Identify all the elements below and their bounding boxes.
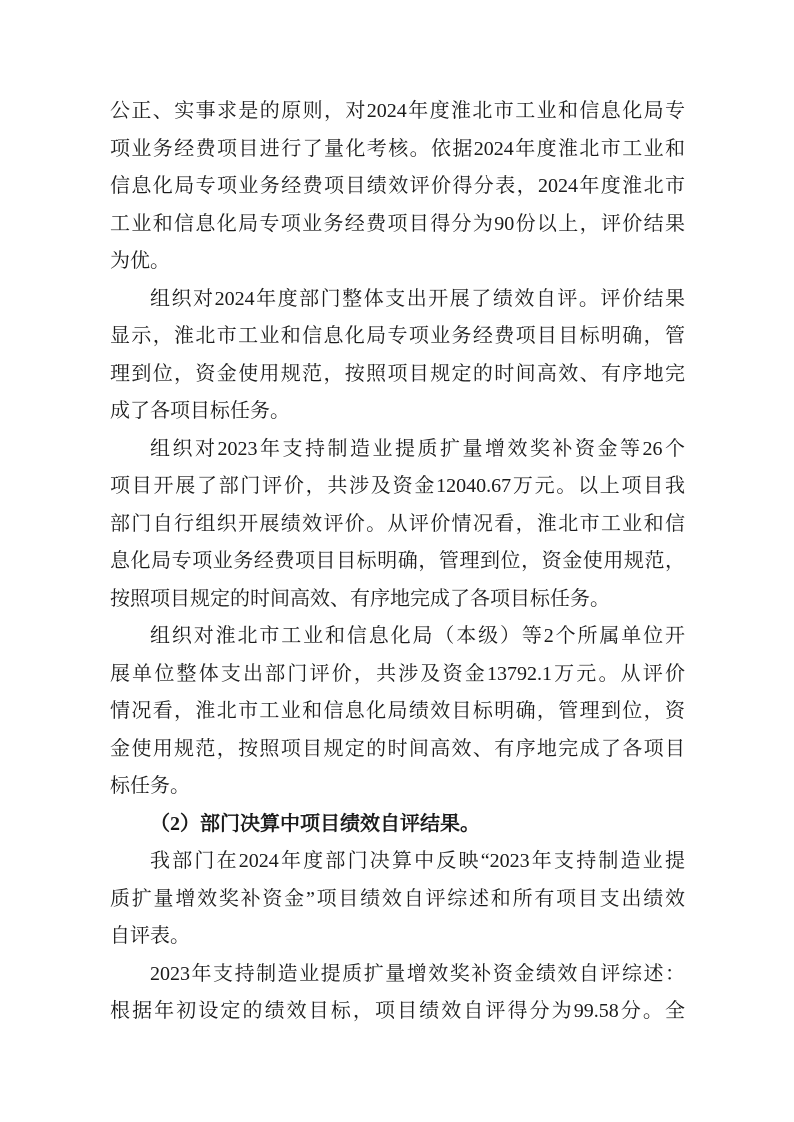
- text-line: 标任务。: [110, 768, 685, 806]
- text-line: 信息化局专项业务经费项目绩效评价得分表，2024年度淮北市: [110, 168, 685, 206]
- paragraph: 我部门在2024年度部门决算中反映“2023年支持制造业提质扩量增效奖补资金”项…: [110, 843, 685, 956]
- text-line: 根据年初设定的绩效目标，项目绩效自评得分为99.58分。全: [110, 993, 685, 1031]
- text-line: 理到位，资金使用规范，按照项目规定的时间高效、有序地完: [110, 356, 685, 394]
- text-line: 成了各项目标任务。: [110, 393, 685, 431]
- text-line: 显示，淮北市工业和信息化局专项业务经费项目目标明确，管: [110, 318, 685, 356]
- paragraph: 2023年支持制造业提质扩量增效奖补资金绩效自评综述：根据年初设定的绩效目标，项…: [110, 956, 685, 1031]
- text-line: 自评表。: [110, 918, 685, 956]
- text-line: 组织对2023年支持制造业提质扩量增效奖补资金等26个: [110, 431, 685, 469]
- text-line: 展单位整体支出部门评价，共涉及资金13792.1万元。从评价: [110, 656, 685, 694]
- text-line: 2023年支持制造业提质扩量增效奖补资金绩效自评综述：: [110, 956, 685, 994]
- text-line: 公正、实事求是的原则，对2024年度淮北市工业和信息化局专: [110, 93, 685, 131]
- text-line: 质扩量增效奖补资金”项目绩效自评综述和所有项目支出绩效: [110, 881, 685, 919]
- text-line: 按照项目规定的时间高效、有序地完成了各项目标任务。: [110, 581, 685, 619]
- text-line: 息化局专项业务经费项目目标明确，管理到位，资金使用规范，: [110, 543, 685, 581]
- text-line: 为优。: [110, 243, 685, 281]
- paragraph: 组织对2024年度部门整体支出开展了绩效自评。评价结果显示，淮北市工业和信息化局…: [110, 281, 685, 431]
- text-line: 情况看，淮北市工业和信息化局绩效目标明确，管理到位，资: [110, 693, 685, 731]
- text-line: 金使用规范，按照项目规定的时间高效、有序地完成了各项目: [110, 731, 685, 769]
- text-line: 组织对2024年度部门整体支出开展了绩效自评。评价结果: [110, 281, 685, 319]
- text-line: 项业务经费项目进行了量化考核。依据2024年度淮北市工业和: [110, 131, 685, 169]
- paragraph: 公正、实事求是的原则，对2024年度淮北市工业和信息化局专项业务经费项目进行了量…: [110, 93, 685, 281]
- text-line: （2）部门决算中项目绩效自评结果。: [110, 806, 685, 844]
- paragraph: 组织对淮北市工业和信息化局（本级）等2个所属单位开展单位整体支出部门评价，共涉及…: [110, 618, 685, 806]
- text-line: 组织对淮北市工业和信息化局（本级）等2个所属单位开: [110, 618, 685, 656]
- paragraph: 组织对2023年支持制造业提质扩量增效奖补资金等26个项目开展了部门评价，共涉及…: [110, 431, 685, 619]
- text-line: 部门自行组织开展绩效评价。从评价情况看，淮北市工业和信: [110, 506, 685, 544]
- text-content: 公正、实事求是的原则，对2024年度淮北市工业和信息化局专项业务经费项目进行了量…: [110, 93, 685, 1031]
- text-line: 工业和信息化局专项业务经费项目得分为90份以上，评价结果: [110, 206, 685, 244]
- text-line: 我部门在2024年度部门决算中反映“2023年支持制造业提: [110, 843, 685, 881]
- document-page: 公正、实事求是的原则，对2024年度淮北市工业和信息化局专项业务经费项目进行了量…: [0, 0, 794, 1122]
- text-line: 项目开展了部门评价，共涉及资金12040.67万元。以上项目我: [110, 468, 685, 506]
- section-heading: （2）部门决算中项目绩效自评结果。: [110, 806, 685, 844]
